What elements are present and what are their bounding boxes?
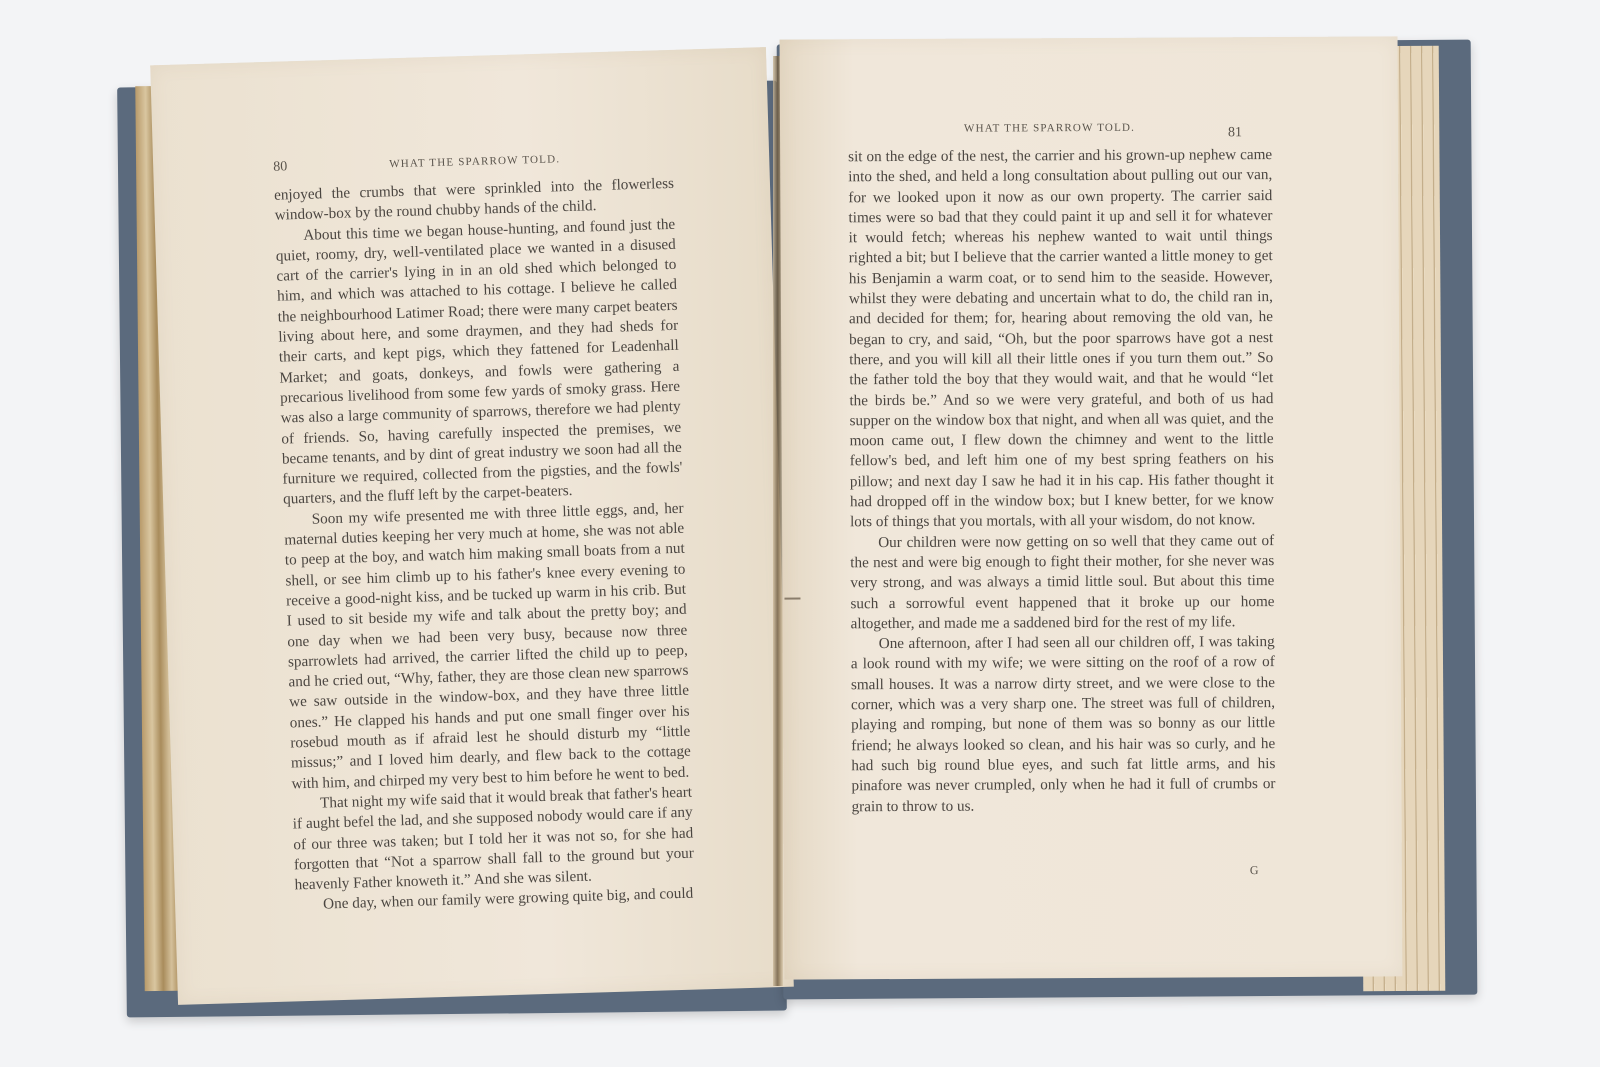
running-head-right: What the Sparrow Told. — [964, 122, 1135, 135]
paragraph: Soon my wife presented me with three lit… — [283, 498, 691, 794]
page-number-left: 80 — [273, 159, 287, 175]
paragraph: That night my wife said that it would br… — [292, 783, 695, 896]
open-book: 80 What the Sparrow Told. enjoyed the cr… — [0, 0, 1600, 1067]
binding-mark — [784, 598, 800, 600]
signature-mark: G — [1250, 863, 1259, 878]
left-page-text: enjoyed the crumbs that were sprinkled i… — [274, 174, 696, 916]
paragraph: Our children were now getting on so well… — [850, 531, 1275, 635]
page-number-right: 81 — [1228, 125, 1242, 141]
running-head-left: What the Sparrow Told. — [389, 153, 560, 170]
right-page-text: sit on the edge of the nest, the carrier… — [848, 145, 1276, 817]
left-page: 80 What the Sparrow Told. enjoyed the cr… — [150, 47, 794, 1005]
paragraph: One afternoon, after I had seen all our … — [851, 632, 1276, 817]
paragraph: About this time we began house-hunting, … — [275, 214, 683, 510]
right-page: What the Sparrow Told. 81 sit on the edg… — [780, 36, 1403, 979]
paragraph: sit on the edge of the nest, the carrier… — [848, 145, 1274, 533]
